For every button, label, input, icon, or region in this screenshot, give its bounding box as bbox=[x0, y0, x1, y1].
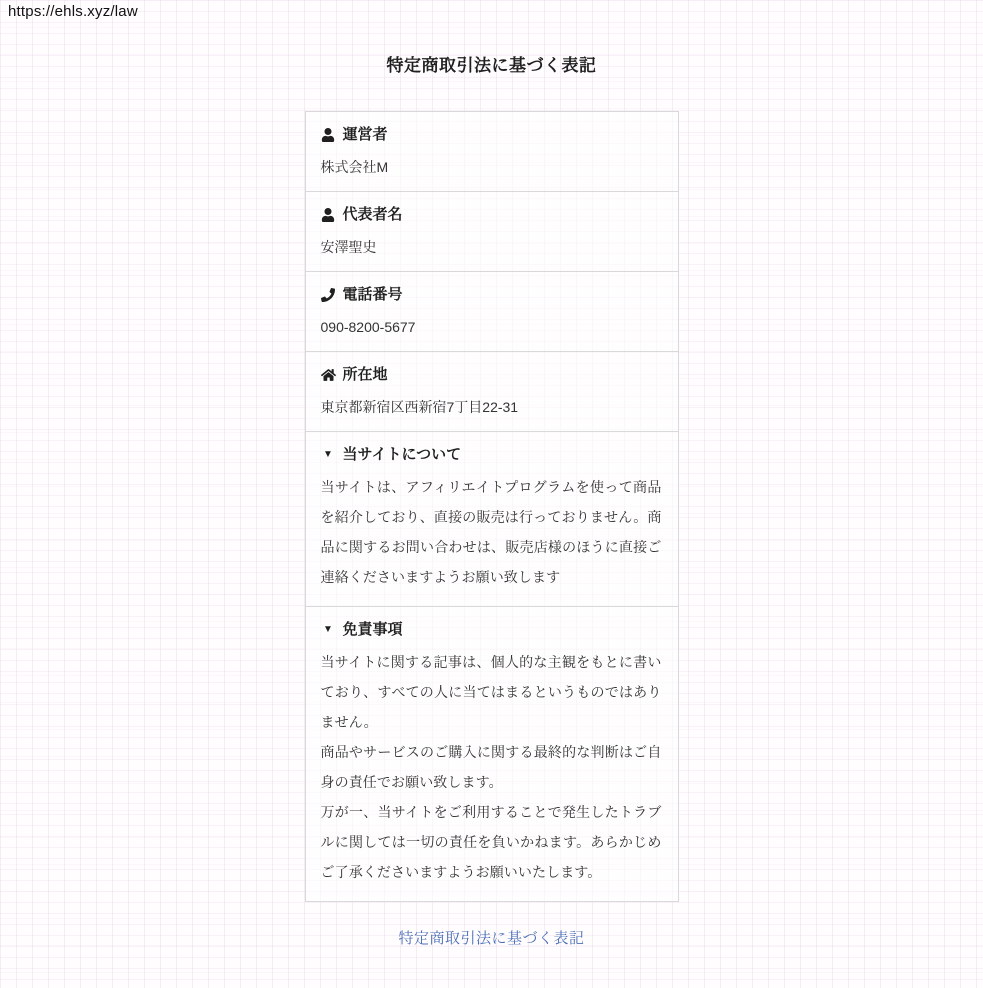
page-url: https://ehls.xyz/law bbox=[0, 0, 983, 20]
section-representative-heading: 代表者名 bbox=[321, 205, 662, 225]
section-disclaimer-body: 当サイトに関する記事は、個人的な主観をもとに書いており、すべての人に当てはまると… bbox=[321, 647, 662, 887]
section-phone-label: 電話番号 bbox=[343, 285, 403, 305]
section-operator-label: 運営者 bbox=[343, 125, 388, 145]
section-disclaimer-heading[interactable]: ▼ 免責事項 bbox=[321, 620, 662, 640]
section-address: 所在地 東京都新宿区西新宿7丁目22-31 bbox=[305, 351, 679, 432]
section-address-label: 所在地 bbox=[343, 365, 388, 385]
disclaimer-paragraph-2: 商品やサービスのご購入に関する最終的な判断はご自身の責任でお願い致します。 bbox=[321, 737, 662, 797]
main-content: 特定商取引法に基づく表記 運営者 株式会社M 代表者名 安澤聖史 bbox=[305, 51, 679, 988]
disclaimer-paragraph-1: 当サイトに関する記事は、個人的な主観をもとに書いており、すべての人に当てはまると… bbox=[321, 647, 662, 737]
section-disclaimer: ▼ 免責事項 当サイトに関する記事は、個人的な主観をもとに書いており、すべての人… bbox=[305, 606, 679, 902]
page-footer: 特定商取引法に基づく表記 bbox=[305, 927, 679, 988]
section-address-heading: 所在地 bbox=[321, 365, 662, 385]
section-operator-value: 株式会社M bbox=[321, 157, 662, 177]
section-about-site-label: 当サイトについて bbox=[343, 445, 462, 465]
section-phone-value: 090-8200-5677 bbox=[321, 317, 662, 337]
triangle-down-icon: ▼ bbox=[321, 448, 336, 463]
user-icon bbox=[321, 208, 336, 223]
section-about-site: ▼ 当サイトについて 当サイトは、アフィリエイトプログラムを使って商品を紹介して… bbox=[305, 431, 679, 607]
user-icon bbox=[321, 128, 336, 143]
section-operator: 運営者 株式会社M bbox=[305, 111, 679, 192]
section-representative-label: 代表者名 bbox=[343, 205, 403, 225]
section-about-site-heading[interactable]: ▼ 当サイトについて bbox=[321, 445, 662, 465]
section-representative: 代表者名 安澤聖史 bbox=[305, 191, 679, 272]
section-phone-heading: 電話番号 bbox=[321, 285, 662, 305]
section-representative-value: 安澤聖史 bbox=[321, 237, 662, 257]
section-phone: 電話番号 090-8200-5677 bbox=[305, 271, 679, 352]
section-disclaimer-label: 免責事項 bbox=[343, 620, 403, 640]
section-operator-heading: 運営者 bbox=[321, 125, 662, 145]
disclaimer-paragraph-3: 万が一、当サイトをご利用することで発生したトラブルに関しては一切の責任を負いかね… bbox=[321, 797, 662, 887]
about-site-paragraph: 当サイトは、アフィリエイトプログラムを使って商品を紹介しており、直接の販売は行っ… bbox=[321, 472, 662, 592]
legal-info-card: 運営者 株式会社M 代表者名 安澤聖史 電話番号 090-8200-5677 bbox=[305, 111, 679, 902]
section-about-site-body: 当サイトは、アフィリエイトプログラムを使って商品を紹介しており、直接の販売は行っ… bbox=[321, 472, 662, 592]
phone-icon bbox=[321, 288, 336, 303]
triangle-down-icon: ▼ bbox=[321, 623, 336, 638]
footer-law-link[interactable]: 特定商取引法に基づく表記 bbox=[398, 930, 584, 947]
home-icon bbox=[321, 368, 336, 383]
page-title: 特定商取引法に基づく表記 bbox=[305, 51, 679, 76]
section-address-value: 東京都新宿区西新宿7丁目22-31 bbox=[321, 397, 662, 417]
